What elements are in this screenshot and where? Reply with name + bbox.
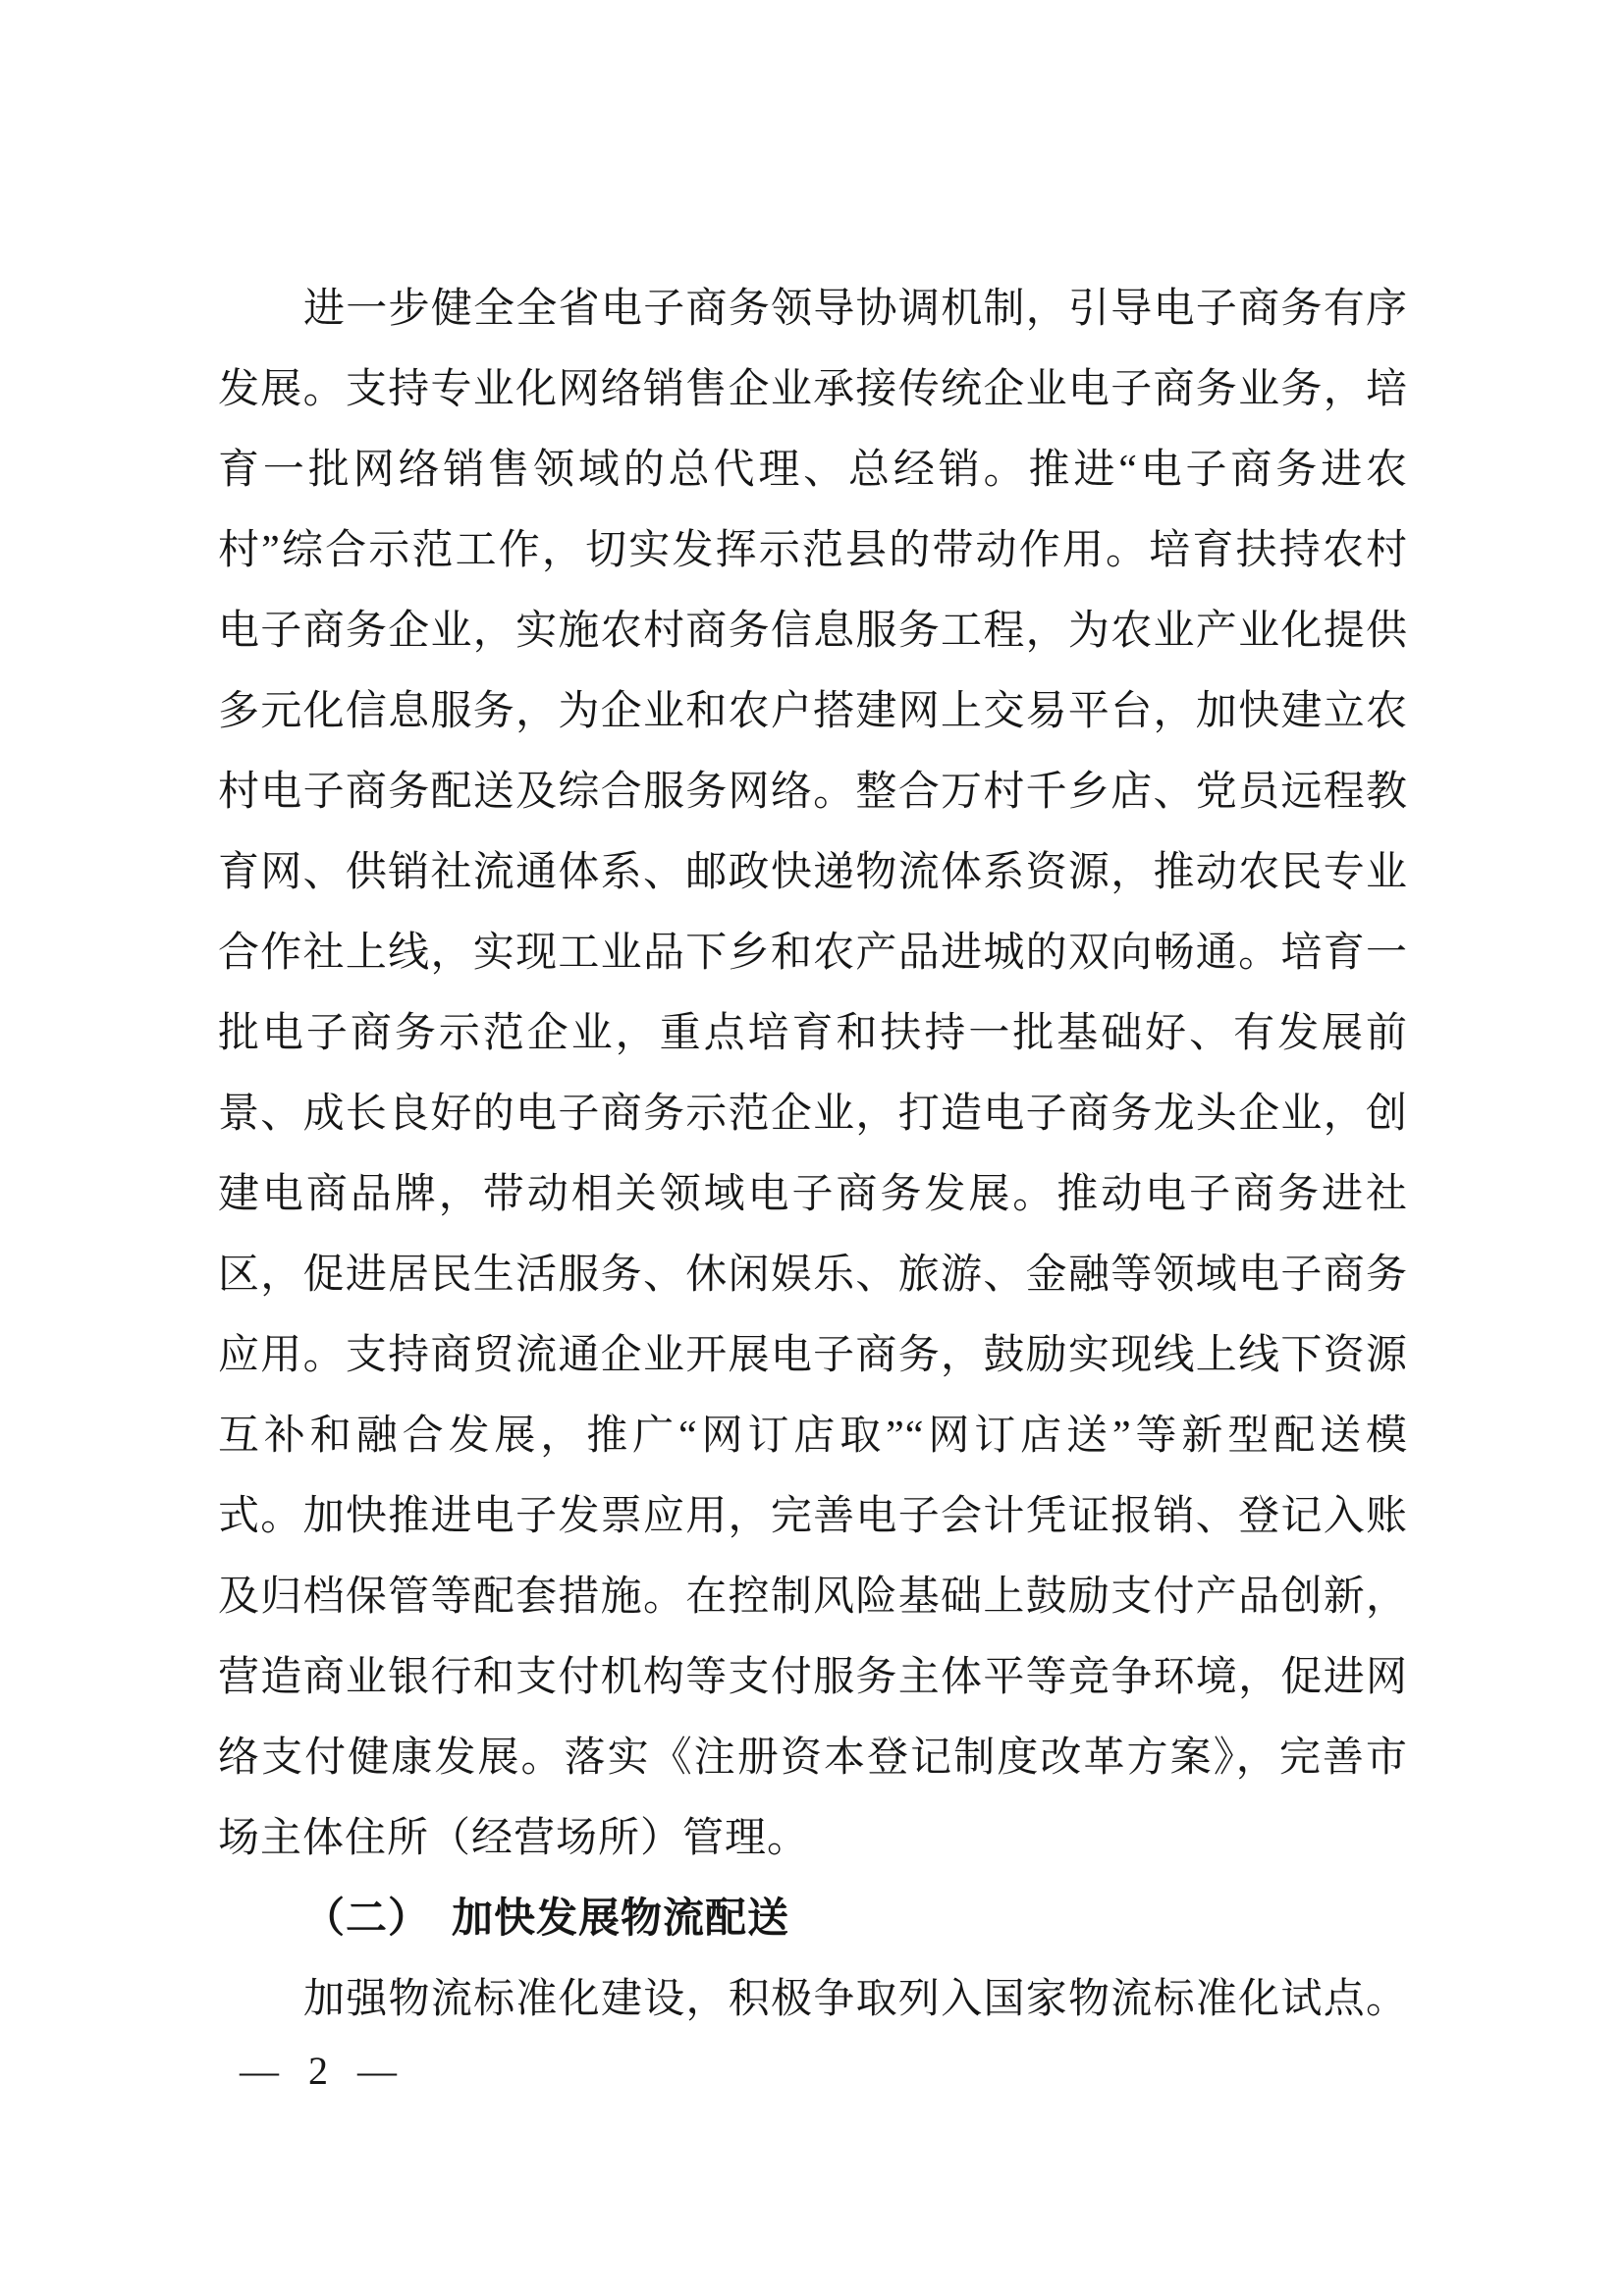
text-line: 电子商务企业，实施农村商务信息服务工程，为农业产业化提供	[218, 591, 1408, 671]
text-line: 发展。支持专业化网络销售企业承接传统企业电子商务业务，培	[218, 349, 1408, 430]
text-line: 互补和融合发展，推广“网订店取”“网订店送”等新型配送模	[218, 1396, 1408, 1476]
text-line: 村电子商务配送及综合服务网络。整合万村千乡店、党员远程教	[218, 752, 1408, 832]
text-line: 景、成长良好的电子商务示范企业，打造电子商务龙头企业，创	[218, 1074, 1408, 1154]
body-text-block: 进一步健全全省电子商务领导协调机制，引导电子商务有序 发展。支持专业化网络销售企…	[218, 269, 1408, 2040]
text-line: 络支付健康发展。落实《注册资本登记制度改革方案》，完善市	[218, 1718, 1408, 1798]
text-line: 批电子商务示范企业，重点培育和扶持一批基础好、有发展前	[218, 993, 1408, 1074]
text-line: 进一步健全全省电子商务领导协调机制，引导电子商务有序	[218, 269, 1408, 349]
paragraph-end-line: 场主体住所（经营场所）管理。	[218, 1798, 1408, 1879]
text-line: 育一批网络销售领域的总代理、总经销。推进“电子商务进农	[218, 430, 1408, 510]
page-number: — 2 —	[240, 2044, 406, 2099]
text-line: 及归档保管等配套措施。在控制风险基础上鼓励支付产品创新，	[218, 1557, 1408, 1637]
text-line: 育网、供销社流通体系、邮政快递物流体系资源，推动农民专业	[218, 832, 1408, 913]
text-line: 村”综合示范工作，切实发挥示范县的带动作用。培育扶持农村	[218, 510, 1408, 591]
text-line: 建电商品牌，带动相关领域电子商务发展。推动电子商务进社	[218, 1154, 1408, 1235]
text-line: 区，促进居民生活服务、休闲娱乐、旅游、金融等领域电子商务	[218, 1235, 1408, 1315]
text-line: 式。加快推进电子发票应用，完善电子会计凭证报销、登记入账	[218, 1476, 1408, 1557]
text-line: 合作社上线，实现工业品下乡和农产品进城的双向畅通。培育一	[218, 913, 1408, 993]
text-line: 应用。支持商贸流通企业开展电子商务，鼓励实现线上线下资源	[218, 1315, 1408, 1396]
text-line: 营造商业银行和支付机构等支付服务主体平等竞争环境，促进网	[218, 1637, 1408, 1718]
document-page: 进一步健全全省电子商务领导协调机制，引导电子商务有序 发展。支持专业化网络销售企…	[0, 0, 1624, 2296]
text-line: 多元化信息服务，为企业和农户搭建网上交易平台，加快建立农	[218, 671, 1408, 752]
text-line: 加强物流标准化建设，积极争取列入国家物流标准化试点。	[218, 1959, 1408, 2040]
section-heading: （二） 加快发展物流配送	[218, 1879, 1408, 1959]
